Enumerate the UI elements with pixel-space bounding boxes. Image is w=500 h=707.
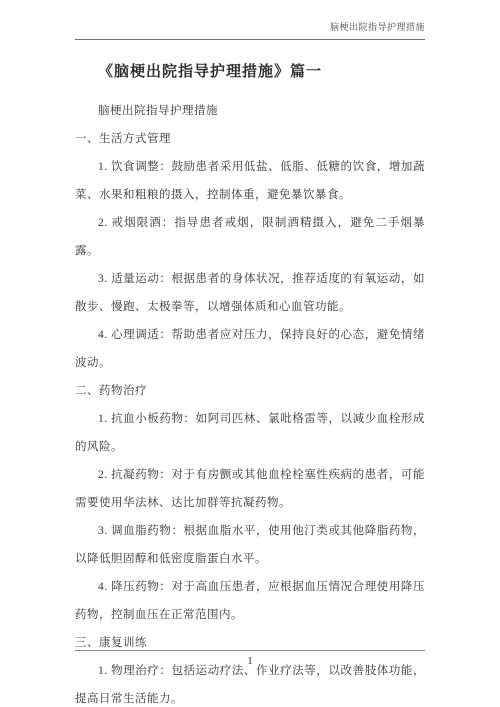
document-title: 《脑梗出院指导护理措施》篇一 bbox=[75, 56, 425, 88]
header-rule bbox=[75, 39, 425, 40]
paragraph-1-4: 4. 心理调适：帮助患者应对压力，保持良好的心态，避免情绪波动。 bbox=[75, 321, 425, 377]
section-heading-2: 二、药物治疗 bbox=[75, 377, 425, 405]
document-body: 《脑梗出院指导护理措施》篇一 脑梗出院指导护理措施 一、生活方式管理 1. 饮食… bbox=[75, 56, 425, 707]
document-page: 脑梗出院指导护理措施 《脑梗出院指导护理措施》篇一 脑梗出院指导护理措施 一、生… bbox=[0, 0, 500, 707]
page-number: 1 bbox=[75, 653, 425, 669]
paragraph-2-4: 4. 降压药物：对于高血压患者，应根据血压情况合理使用降压药物，控制血压在正常范… bbox=[75, 573, 425, 629]
paragraph-2-1: 1. 抗血小板药物：如阿司匹林、氯吡格雷等，以减少血栓形成的风险。 bbox=[75, 405, 425, 461]
paragraph-1-1: 1. 饮食调整：鼓励患者采用低盐、低脂、低糖的饮食，增加蔬菜、水果和粗粮的摄入，… bbox=[75, 153, 425, 209]
paragraph-intro: 脑梗出院指导护理措施 bbox=[75, 97, 425, 125]
paragraph-1-3: 3. 适量运动：根据患者的身体状况，推荐适度的有氧运动，如散步、慢跑、太极拳等，… bbox=[75, 265, 425, 321]
paragraph-1-2: 2. 戒烟限酒：指导患者戒烟，限制酒精摄入，避免二手烟暴露。 bbox=[75, 209, 425, 265]
running-header: 脑梗出院指导护理措施 bbox=[75, 20, 425, 34]
footer-rule bbox=[75, 650, 425, 651]
section-heading-1: 一、生活方式管理 bbox=[75, 125, 425, 153]
paragraph-2-3: 3. 调血脂药物：根据血脂水平，使用他汀类或其他降脂药物，以降低胆固醇和低密度脂… bbox=[75, 517, 425, 573]
paragraph-2-2: 2. 抗凝药物：对于有房颤或其他血栓栓塞性疾病的患者，可能需要使用华法林、达比加… bbox=[75, 461, 425, 517]
